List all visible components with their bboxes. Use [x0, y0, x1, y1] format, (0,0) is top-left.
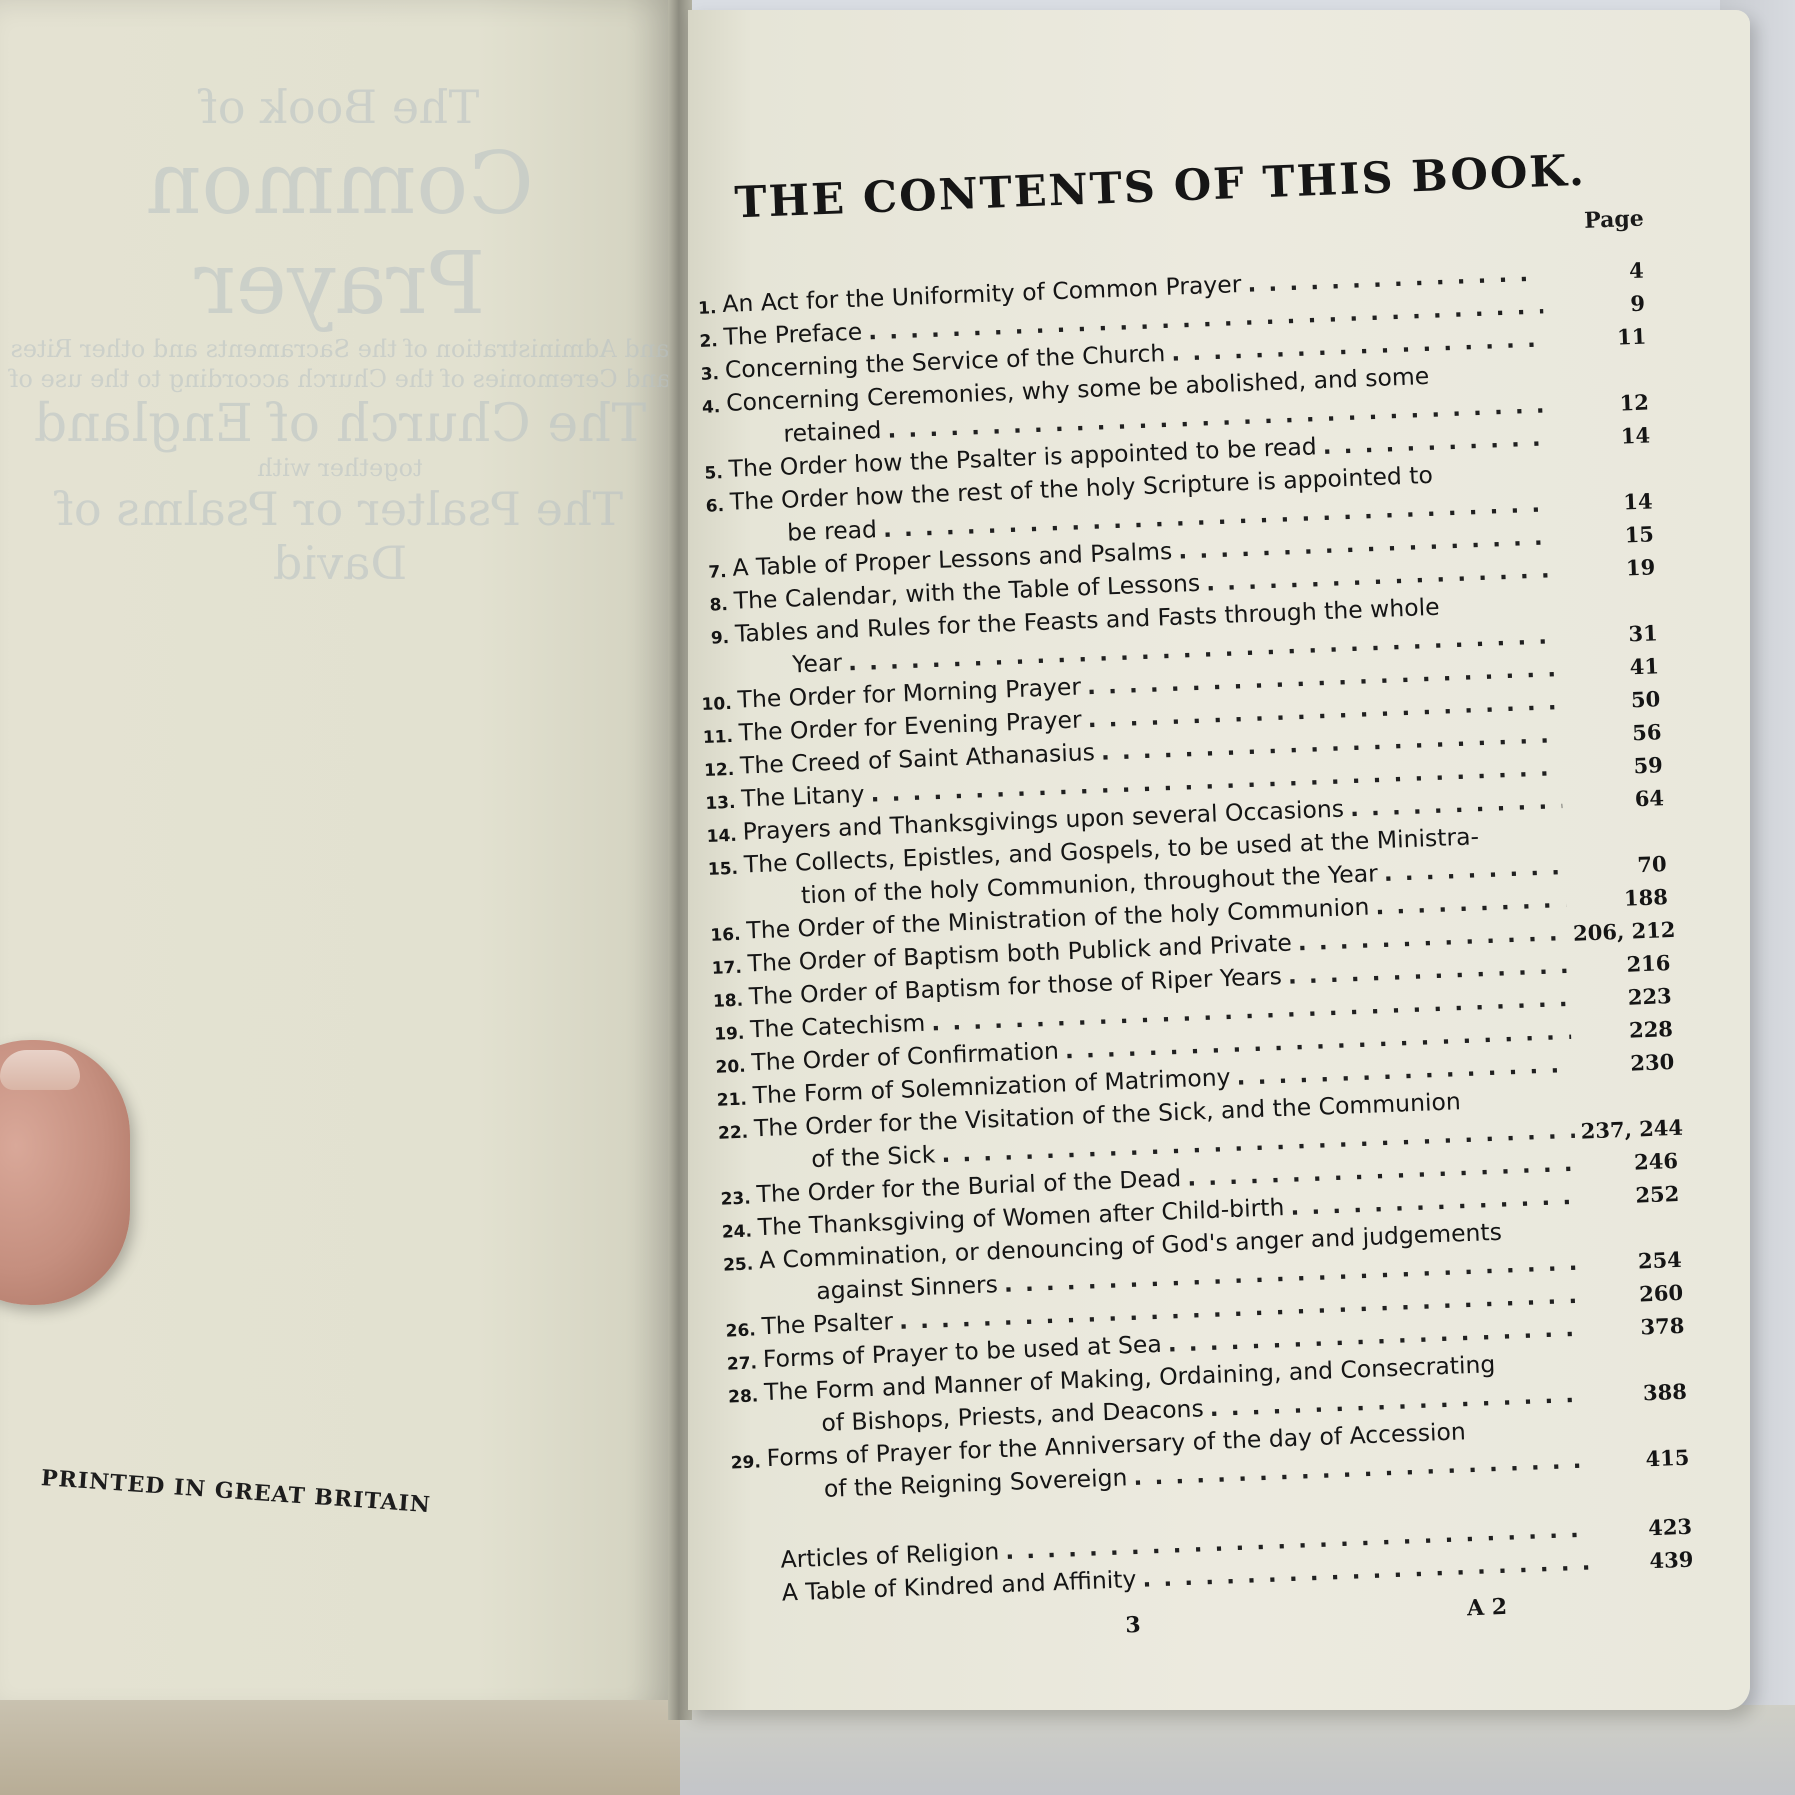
- entry-number: 14.: [704, 826, 743, 847]
- entry-number: 17.: [709, 957, 748, 978]
- left-page: The Book of Common Prayer and Administra…: [0, 0, 680, 1715]
- entry-number: 20.: [713, 1056, 752, 1077]
- page-number: 3: [1125, 1612, 1141, 1639]
- showthrough-line: The Psalter or Psalms of David: [0, 482, 680, 590]
- entry-number: 16.: [708, 925, 747, 946]
- page-title: THE CONTENTS OF THIS BOOK.: [700, 144, 1621, 229]
- entry-page: 423: [1596, 1514, 1693, 1543]
- entry-number: 3.: [687, 364, 726, 385]
- entry-number: 12.: [702, 760, 741, 781]
- entry-number: 26.: [723, 1320, 762, 1341]
- entry-page: 260: [1587, 1280, 1684, 1309]
- show-through-title-page: The Book of Common Prayer and Administra…: [0, 80, 680, 590]
- book-edge: [0, 1700, 700, 1795]
- entry-page: 228: [1576, 1016, 1673, 1045]
- entry-number: 15.: [706, 859, 745, 880]
- showthrough-line: together with: [0, 454, 680, 482]
- entry-page: 56: [1565, 719, 1662, 748]
- entry-page: 415: [1593, 1445, 1690, 1474]
- entry-page: 31: [1561, 620, 1658, 649]
- entry-page: 70: [1570, 851, 1667, 880]
- entry-title: be read: [731, 515, 878, 549]
- entry-page: 15: [1557, 521, 1654, 550]
- entry-page: 230: [1578, 1049, 1675, 1078]
- entry-page: 41: [1563, 653, 1660, 682]
- entry-number: 19.: [712, 1023, 751, 1044]
- entry-number: 18.: [711, 990, 750, 1011]
- entry-page: 206, 212: [1573, 917, 1670, 946]
- page-column-header: Page: [1584, 206, 1645, 234]
- entry-number: 7.: [694, 562, 733, 583]
- entry-number: 10.: [699, 694, 738, 715]
- entry-page: 237, 244: [1580, 1115, 1677, 1144]
- entry-page: 14: [1554, 422, 1651, 451]
- entry-number: 25.: [721, 1254, 760, 1275]
- entry-number: 21.: [715, 1089, 754, 1110]
- entry-number: 13.: [703, 793, 742, 814]
- entry-page: 188: [1571, 884, 1668, 913]
- entry-page: 12: [1552, 389, 1649, 418]
- entry-page: 19: [1559, 554, 1656, 583]
- entry-number: 27.: [725, 1353, 764, 1374]
- entry-number: 22.: [716, 1122, 755, 1143]
- contents-page: THE CONTENTS OF THIS BOOK. Page 1.An Act…: [654, 0, 1780, 1730]
- entry-page: 216: [1574, 950, 1671, 979]
- entry-title: retained: [727, 416, 882, 450]
- entry-number: 9.: [697, 628, 736, 649]
- entry-number: 4.: [688, 397, 727, 418]
- entry-page: 252: [1583, 1181, 1680, 1210]
- entry-number: 1.: [684, 298, 723, 319]
- entry-title: The Litany: [741, 780, 865, 813]
- table-of-contents: 1.An Act for the Uniformity of Common Pr…: [684, 250, 1694, 1609]
- entry-number: [734, 1607, 772, 1608]
- entry-number: 29.: [728, 1452, 767, 1473]
- entry-page: 378: [1588, 1313, 1685, 1342]
- signature-mark: A 2: [1466, 1594, 1507, 1622]
- entry-page: 388: [1590, 1379, 1687, 1408]
- entry-number: 5.: [690, 463, 729, 484]
- imprint-text: PRINTED IN GREAT BRITAIN: [40, 1465, 432, 1518]
- entry-title: The Psalter: [761, 1307, 893, 1340]
- showthrough-line: Common Prayer: [0, 134, 680, 334]
- entry-page: 246: [1582, 1148, 1679, 1177]
- right-page: THE CONTENTS OF THIS BOOK. Page 1.An Act…: [688, 10, 1750, 1710]
- entry-number: 8.: [696, 595, 735, 616]
- entry-number: 2.: [685, 331, 724, 352]
- showthrough-line: and Administration of the Sacraments and…: [0, 334, 680, 394]
- entry-page: 50: [1564, 686, 1661, 715]
- showthrough-line: The Church of England: [0, 394, 680, 454]
- entry-number: 23.: [718, 1188, 757, 1209]
- entry-page: 64: [1568, 785, 1665, 814]
- entry-number: 28.: [726, 1386, 765, 1407]
- entry-number: 11.: [701, 727, 740, 748]
- entry-page: 11: [1550, 324, 1647, 353]
- entry-title: The Preface: [723, 318, 863, 351]
- fingernail: [0, 1050, 80, 1090]
- entry-page: 223: [1575, 983, 1672, 1012]
- entry-title: Year: [736, 649, 843, 681]
- showthrough-line: The Book of: [0, 80, 680, 134]
- entry-page: 439: [1597, 1547, 1694, 1576]
- entry-page: 59: [1566, 752, 1663, 781]
- entry-page: 14: [1556, 488, 1653, 517]
- entry-page: 4: [1547, 258, 1644, 287]
- entry-page: 254: [1585, 1247, 1682, 1276]
- entry-number: 6.: [692, 496, 731, 517]
- entry-page: 9: [1549, 291, 1646, 320]
- entry-number: [731, 1505, 769, 1506]
- entry-number: 24.: [720, 1221, 759, 1242]
- finger: [0, 1040, 130, 1305]
